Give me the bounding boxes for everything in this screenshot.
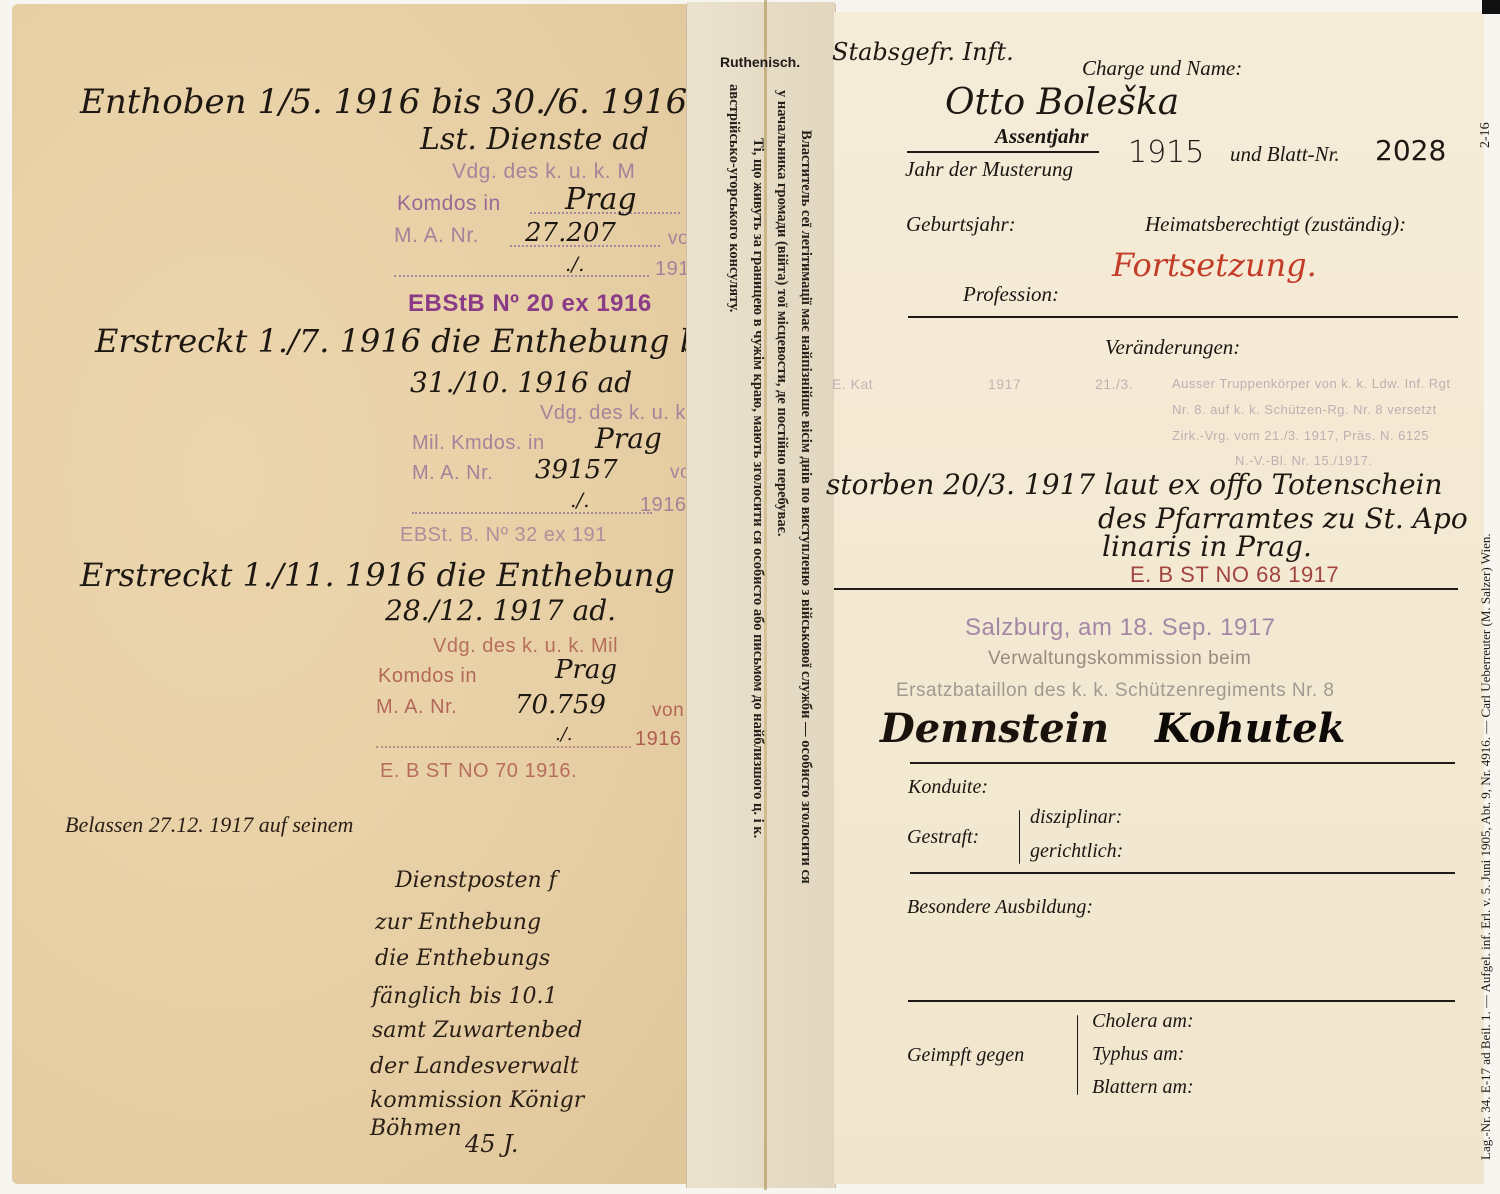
assentjahr-label: Assentjahr <box>995 124 1088 149</box>
belassen-line: der Landesverwalt <box>370 1054 579 1079</box>
stamp-ma-value: 39157 <box>535 455 618 485</box>
entry-line: 31./10. 1916 ad <box>410 366 632 399</box>
faded-stamp-line: Nr. 8. auf k. k. Schützen-Rg. Nr. 8 vers… <box>1172 402 1437 417</box>
entry-line: Enthoben 1/5. 1916 bis 30./6. 1916 vo <box>80 82 738 122</box>
strip-text-line: австрійсько-угорського консуляту. <box>725 84 742 312</box>
belassen-line: Belassen 27.12. 1917 auf seinem <box>65 812 353 838</box>
brace <box>1019 810 1020 864</box>
stamp-ma-label: M. A. Nr. <box>394 224 479 248</box>
cholera-label: Cholera am: <box>1092 1010 1194 1033</box>
faded-stamp-line: Ausser Truppenkörper von k. k. Ldw. Inf.… <box>1172 376 1451 391</box>
belassen-line: kommission Königr <box>370 1088 584 1113</box>
heimat-label: Heimatsberechtigt (zuständig): <box>1145 212 1406 237</box>
brace <box>1077 1015 1078 1095</box>
fraction-rule <box>907 151 1099 153</box>
salzburg-stamp-line: Ersatzbataillon des k. k. Schützenregime… <box>896 680 1334 702</box>
right-page <box>834 12 1484 1184</box>
strip-text-line: у начальника громади (війта) тої місцево… <box>773 90 790 536</box>
veraenderungen-label: Veränderungen: <box>1105 335 1240 360</box>
stamp-komdos-value: Prag <box>555 655 617 685</box>
typhus-label: Typhus am: <box>1092 1043 1184 1066</box>
belassen-line: die Enthebungs <box>375 946 550 971</box>
blattern-label: Blattern am: <box>1092 1076 1194 1099</box>
faded-stamp-col: 1917 <box>988 376 1021 392</box>
death-entry-line: storben 20/3. 1917 laut ex offo Totensch… <box>826 468 1443 501</box>
stamp-komdos-label: Mil. Kmdos. in <box>412 432 545 455</box>
geburtsjahr-label: Geburtsjahr: <box>906 212 1016 237</box>
assentjahr-value: 1915 <box>1128 135 1204 170</box>
scan-corner <box>1482 0 1500 14</box>
faded-stamp-line: N.-V.-Bl. Nr. 15./1917. <box>1235 453 1372 468</box>
margin-code: 2-16 <box>1478 122 1494 148</box>
margin-print: Lag.-Nr. 34. E-17 ad Beil. 1. — Aufgel. … <box>1478 533 1494 1160</box>
ausbildung-label: Besondere Ausbildung: <box>907 896 1093 919</box>
blatt-label: und Blatt-Nr. <box>1230 142 1340 167</box>
belassen-line: samt Zuwartenbed <box>372 1018 582 1043</box>
section-rule <box>908 316 1458 318</box>
stamp-komdos-value: Prag <box>565 182 637 217</box>
section-rule <box>910 872 1455 874</box>
ebstb-stamp: E. B ST NO 70 1916. <box>380 760 577 783</box>
ebstb-stamp: EBStB Nº 20 ex 1916 <box>408 290 652 318</box>
stamp-year: 1916 <box>640 494 687 517</box>
dotted-line <box>412 512 652 514</box>
stamp-year: 1916 <box>635 728 682 751</box>
strip-text-line: Ті, що живуть за границею в чужім краю, … <box>749 138 766 838</box>
strip-text-line: Властитель сеї легітимації має найпізній… <box>797 130 814 884</box>
stamp-ma-label: M. A. Nr. <box>412 462 493 485</box>
faded-stamp-col: 21./3. <box>1095 376 1133 392</box>
dotted-line <box>376 746 631 748</box>
blatt-value: 2028 <box>1375 134 1446 167</box>
konduite-label: Konduite: <box>908 776 988 799</box>
faded-stamp-line: Zirk.-Vrg. vom 21./3. 1917, Präs. N. 612… <box>1172 428 1429 443</box>
entry-line: 28./12. 1917 ad. <box>385 594 616 627</box>
geimpft-label: Geimpft gegen <box>907 1044 1024 1067</box>
belassen-note: 45 J. <box>465 1130 519 1158</box>
entry-line: Erstreckt 1./11. 1916 die Enthebung bis <box>80 556 732 594</box>
stamp-ma-label: M. A. Nr. <box>376 696 457 719</box>
salzburg-stamp-line: Verwaltungskommission beim <box>988 648 1251 670</box>
signature: Dennstein <box>880 705 1109 752</box>
stamp-komdos-label: Komdos in <box>378 665 477 688</box>
gestraft-label: Gestraft: <box>907 826 979 849</box>
section-rule <box>834 588 1458 590</box>
faded-stamp-col: E. Kat <box>832 376 873 392</box>
dotted-line <box>394 275 649 277</box>
gerichtlich-label: gerichtlich: <box>1030 840 1123 863</box>
stamp-komdos-value: Prag <box>595 422 662 455</box>
stamp-date-value: ./. <box>570 488 589 512</box>
musterung-label: Jahr der Musterung <box>905 157 1073 182</box>
signature: Kohutek <box>1155 705 1345 752</box>
stamp-date-value: ./. <box>555 724 573 745</box>
strip-title: Ruthenisch. <box>720 54 800 70</box>
charge-label: Charge und Name: <box>1082 56 1242 81</box>
profession-value: Fortsetzung. <box>1112 246 1317 284</box>
belassen-line: zur Enthebung <box>375 910 541 935</box>
section-rule <box>910 762 1455 764</box>
death-stamp: E. B ST NO 68 1917 <box>1130 562 1339 588</box>
belassen-line: Dienstposten f <box>395 868 557 893</box>
stamp-ma-value: 70.759 <box>515 690 606 720</box>
belassen-line: fänglich bis 10.1 <box>372 984 557 1009</box>
stamp-date-value: ./. <box>565 252 584 276</box>
name-value: Otto Boleška <box>945 82 1179 123</box>
stamp-komdos-label: Komdos in <box>397 192 501 216</box>
section-rule <box>908 1000 1455 1002</box>
belassen-line: Böhmen <box>370 1116 462 1141</box>
salzburg-stamp-line: Salzburg, am 18. Sep. 1917 <box>965 614 1276 642</box>
stamp-vdg: Vdg. des k. u. k. M <box>452 160 635 184</box>
profession-label: Profession: <box>963 282 1059 307</box>
ebstb-stamp: EBSt. B. Nº 32 ex 191 <box>400 524 607 547</box>
stamp-year: 191 <box>655 258 690 281</box>
disziplinar-label: disziplinar: <box>1030 806 1122 829</box>
corner-note: Stabsgefr. Inft. <box>832 38 1014 66</box>
entry-line: Lst. Dienste ad <box>420 122 649 157</box>
entry-line: Erstreckt 1./7. 1916 die Enthebung b <box>95 322 700 360</box>
stamp-ma-value: 27.207 <box>525 218 616 248</box>
stamp-von: von <box>652 700 684 722</box>
death-entry-line: linaris in Prag. <box>1102 530 1312 563</box>
